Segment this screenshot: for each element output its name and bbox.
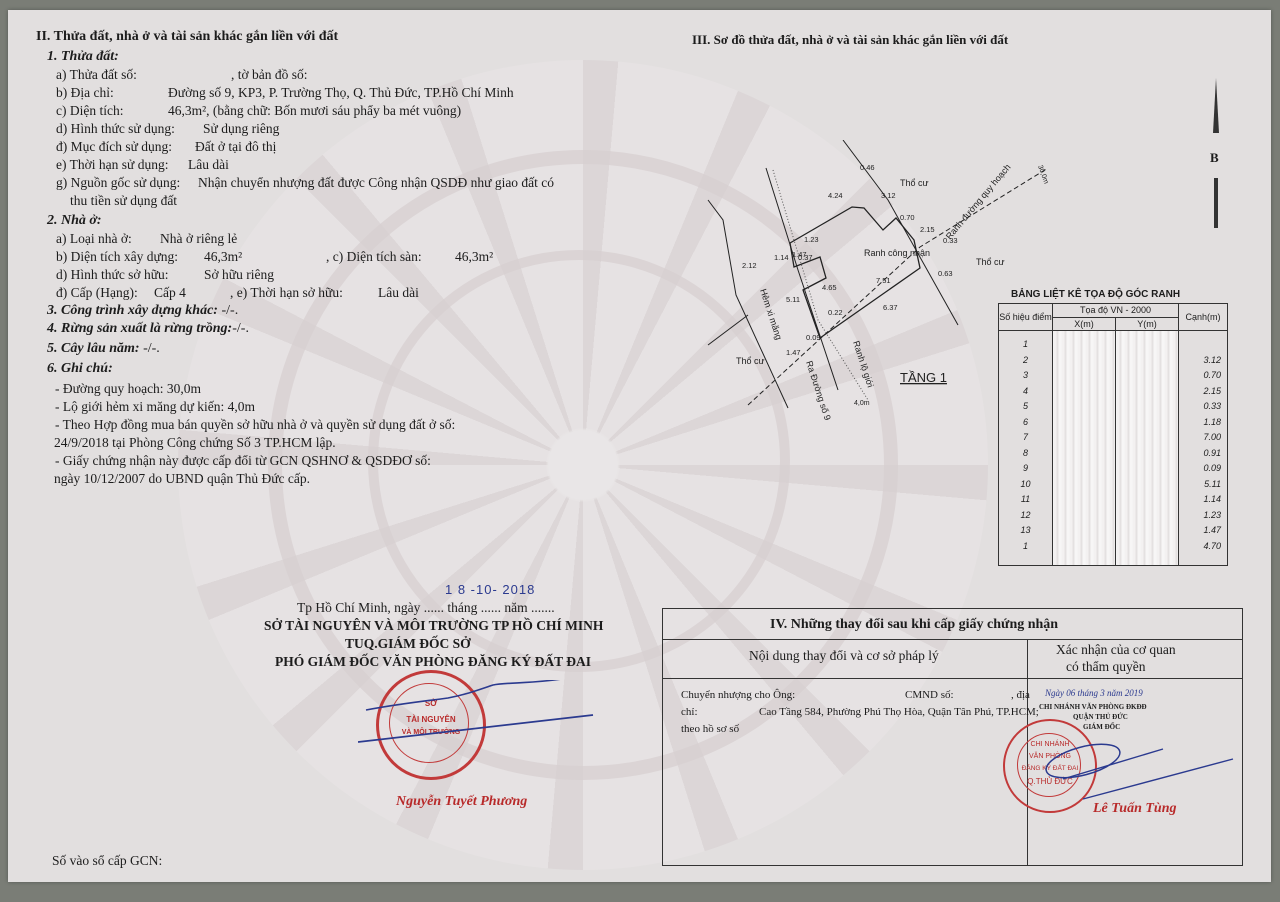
edge-length: 0.91	[1179, 446, 1221, 462]
map-label-ranh-lo-gioi: Ranh lộ giới	[851, 340, 875, 389]
dim-label: 0.70	[900, 213, 915, 222]
note-line: - Giấy chứng nhận này được cấp đổi từ GC…	[55, 453, 431, 469]
signer-role-1: TUQ.GIÁM ĐỐC SỞ	[345, 636, 471, 652]
edge-values: 3.120.702.150.331.187.000.910.095.111.14…	[1179, 331, 1228, 566]
dim-label: 4.24	[828, 191, 843, 200]
origin-value: Nhận chuyển nhượng đất được Công nhận QS…	[198, 175, 554, 191]
build-area-label: b) Diện tích xây dựng:	[56, 249, 178, 265]
edge-length: 7.00	[1179, 430, 1221, 446]
issue-date-stamp: 1 8 -10- 2018	[445, 582, 535, 597]
forest-value: -/-.	[232, 321, 249, 336]
parcel-number-label: a) Thửa đất số:	[56, 67, 137, 83]
coord-table: Số hiệu điểm Tọa độ VN - 2000 Cạnh(m) X(…	[998, 303, 1228, 566]
edge-length: 0.70	[1179, 368, 1221, 384]
map-label-ra-duong: Ra Đường số 9	[804, 360, 833, 420]
dim-label: 2.12	[742, 261, 757, 270]
dim-label: 0.22	[828, 308, 843, 317]
edge-length: 1.47	[1179, 523, 1221, 539]
section-4-title: IV. Những thay đổi sau khi cấp giấy chứn…	[770, 617, 1058, 633]
entry-address-prefix: , địa	[1011, 689, 1030, 701]
dim-label: 0.63	[938, 269, 953, 278]
map-label-road-width: 30,0m	[1036, 164, 1049, 185]
point-id: 6	[999, 415, 1052, 431]
edge-length	[1179, 337, 1221, 353]
note-line: - Lộ giới hẻm xi măng dự kiến: 4,0m	[55, 399, 255, 415]
col-x: X(m)	[1053, 317, 1116, 331]
point-id: 2	[999, 353, 1052, 369]
certificate-page: II. Thửa đất, nhà ở và tài sản khác gắn …	[8, 10, 1271, 882]
own-term-label: , e) Thời hạn sở hữu:	[230, 285, 343, 301]
floor-label: TẦNG 1	[900, 370, 947, 385]
land-heading: 1. Thửa đất:	[47, 49, 119, 65]
signer-name: Nguyễn Tuyết Phương	[396, 794, 527, 810]
col-confirm-header-2: có thẩm quyền	[1066, 659, 1145, 675]
entry-address-label: chỉ:	[681, 706, 698, 718]
entry-transfer: Chuyển nhượng cho Ông:	[681, 689, 795, 701]
point-id: 5	[999, 399, 1052, 415]
edge-length: 1.23	[1179, 508, 1221, 524]
section-3-title: III. Sơ đồ thửa đất, nhà ở và tài sản kh…	[692, 32, 1008, 48]
area-value: 46,3m², (bằng chữ: Bốn mươi sáu phẩy ba …	[168, 103, 461, 119]
entry-id-number: CMND số:	[905, 689, 954, 701]
edge-length: 1.14	[1179, 492, 1221, 508]
map-sheet-label: , tờ bản đồ số:	[231, 67, 308, 83]
col-confirm-header-1: Xác nhận của cơ quan	[1056, 642, 1176, 658]
map-label-tho-cu: Thổ cư	[976, 257, 1005, 267]
dim-label: 7.51	[876, 276, 891, 285]
dim-label: 1.23	[804, 235, 819, 244]
col-content-header: Nội dung thay đổi và cơ sở pháp lý	[749, 648, 939, 664]
entry-address: Cao Tầng 584, Phường Phú Thọ Hòa, Quận T…	[759, 706, 1039, 718]
dim-label: 1.14	[774, 253, 789, 262]
point-id: 11	[999, 492, 1052, 508]
dim-label: 0.46	[860, 163, 875, 172]
address-label: b) Địa chỉ:	[56, 85, 114, 101]
own-term-value: Lâu dài	[378, 285, 419, 301]
edge-length: 3.12	[1179, 353, 1221, 369]
use-form-label: d) Hình thức sử dụng:	[56, 121, 175, 137]
dim-label: 0.37	[798, 253, 813, 262]
point-id: 4	[999, 384, 1052, 400]
map-label-ranh-cong-nhan: Ranh công nhận	[864, 248, 930, 258]
dim-label: 6.37	[883, 303, 898, 312]
point-id: 9	[999, 461, 1052, 477]
map-label-tho-cu: Thổ cư	[736, 356, 765, 366]
signature-scribble	[358, 680, 598, 750]
point-id: 8	[999, 446, 1052, 462]
point-ids: 123456789101112131	[999, 331, 1053, 566]
note-line: - Đường quy hoạch: 30,0m	[55, 381, 201, 397]
house-type-value: Nhà ở riêng lẻ	[160, 231, 237, 247]
confirm-org-1: CHI NHÁNH VĂN PHÒNG ĐKĐĐ	[1039, 703, 1147, 711]
point-id: 3	[999, 368, 1052, 384]
house-type-label: a) Loại nhà ở:	[56, 231, 132, 247]
address-value: Đường số 9, KP3, P. Trường Thọ, Q. Thủ Đ…	[168, 85, 514, 101]
map-label-ranh-quy-hoach: Ranh đường quy hoạch	[944, 162, 1013, 241]
confirm-role: GIÁM ĐỐC	[1083, 723, 1120, 731]
edge-length: 2.15	[1179, 384, 1221, 400]
map-label-lane-width: 4,0m	[854, 400, 870, 407]
build-area-value: 46,3m²	[204, 249, 242, 265]
col-coord: Tọa độ VN - 2000	[1053, 304, 1179, 318]
section-2-title: II. Thửa đất, nhà ở và tài sản khác gắn …	[36, 29, 338, 45]
point-id: 1	[999, 539, 1052, 555]
dim-label: 0.09	[806, 333, 821, 342]
ownership-value: Sở hữu riêng	[204, 267, 274, 283]
entry-dossier: theo hồ sơ số	[681, 723, 739, 735]
note-line: 24/9/2018 tại Phòng Công chứng Số 3 TP.H…	[54, 435, 336, 451]
use-form-value: Sử dụng riêng	[203, 121, 279, 137]
grade-value: Cấp 4	[154, 285, 186, 301]
other-works-value: -/-.	[221, 303, 238, 318]
confirm-date: Ngày 06 tháng 3 năm 2019	[1045, 688, 1143, 698]
register-number-label: Số vào sổ cấp GCN:	[52, 853, 162, 869]
origin-value-cont: thu tiền sử dụng đất	[70, 193, 177, 209]
coord-table-title: BẢNG LIỆT KÊ TỌA ĐỘ GÓC RANH	[1011, 289, 1180, 300]
signer-role-2: PHÓ GIÁM ĐỐC VĂN PHÒNG ĐĂNG KÝ ĐẤT ĐAI	[275, 654, 591, 670]
edge-length: 4.70	[1179, 539, 1221, 555]
notes-list: - Đường quy hoạch: 30,0m - Lộ giới hẻm x…	[55, 370, 555, 480]
edge-length: 0.33	[1179, 399, 1221, 415]
point-id: 13	[999, 523, 1052, 539]
use-term-label: e) Thời hạn sử dụng:	[56, 157, 168, 173]
issuing-org: SỞ TÀI NGUYÊN VÀ MÔI TRƯỜNG TP HỒ CHÍ MI…	[264, 618, 603, 634]
col-edge: Cạnh(m)	[1179, 304, 1228, 331]
x-values-redacted	[1053, 331, 1116, 566]
y-values-redacted	[1116, 331, 1179, 566]
changes-table: IV. Những thay đổi sau khi cấp giấy chứn…	[662, 608, 1243, 866]
perennial-value: -/-.	[143, 341, 160, 356]
col-point: Số hiệu điểm	[999, 304, 1053, 331]
col-y: Y(m)	[1116, 317, 1179, 331]
area-label: c) Diện tích:	[56, 103, 123, 119]
use-term-value: Lâu dài	[188, 157, 229, 173]
origin-label: g) Nguồn gốc sử dụng:	[56, 175, 180, 191]
dim-label: 3.12	[881, 191, 896, 200]
map-label-hem: Hẻm xi măng	[758, 288, 784, 342]
dim-label: 5.11	[786, 295, 800, 304]
floor-area-value: 46,3m²	[455, 249, 493, 265]
place-date-line: Tp Hồ Chí Minh, ngày ...... tháng ......…	[297, 600, 555, 616]
map-label-tho-cu: Thổ cư	[900, 178, 929, 188]
edge-length: 1.18	[1179, 415, 1221, 431]
other-works-label: 3. Công trình xây dựng khác:	[47, 303, 218, 318]
grade-label: đ) Cấp (Hạng):	[56, 285, 138, 301]
point-id: 7	[999, 430, 1052, 446]
ownership-label: d) Hình thức sở hữu:	[56, 267, 169, 283]
north-arrow: B	[1210, 78, 1222, 238]
confirm-org-2: QUẬN THỦ ĐỨC	[1073, 713, 1128, 721]
branch-signer-name: Lê Tuấn Tùng	[1093, 801, 1177, 817]
house-heading: 2. Nhà ở:	[47, 213, 102, 229]
forest-label: 4. Rừng sản xuất là rừng trồng:	[47, 321, 232, 336]
note-line: ngày 10/12/2007 do UBND quận Thủ Đức cấp…	[54, 471, 310, 487]
point-id: 12	[999, 508, 1052, 524]
use-purpose-label: đ) Mục đích sử dụng:	[56, 139, 172, 155]
floor-area-label: , c) Diện tích sàn:	[326, 249, 422, 265]
branch-signature-scribble	[1043, 739, 1243, 809]
use-purpose-value: Đất ở tại đô thị	[195, 139, 276, 155]
perennial-label: 5. Cây lâu năm:	[47, 341, 140, 356]
dim-label: 1.47	[786, 348, 801, 357]
dim-label: 4.65	[822, 283, 837, 292]
north-label: B	[1210, 150, 1219, 166]
dim-label: 2.15	[920, 225, 935, 234]
point-id: 10	[999, 477, 1052, 493]
point-id: 1	[999, 337, 1052, 353]
note-line: - Theo Hợp đồng mua bán quyền sở hữu nhà…	[55, 417, 455, 433]
edge-length: 5.11	[1179, 477, 1221, 493]
edge-length: 0.09	[1179, 461, 1221, 477]
